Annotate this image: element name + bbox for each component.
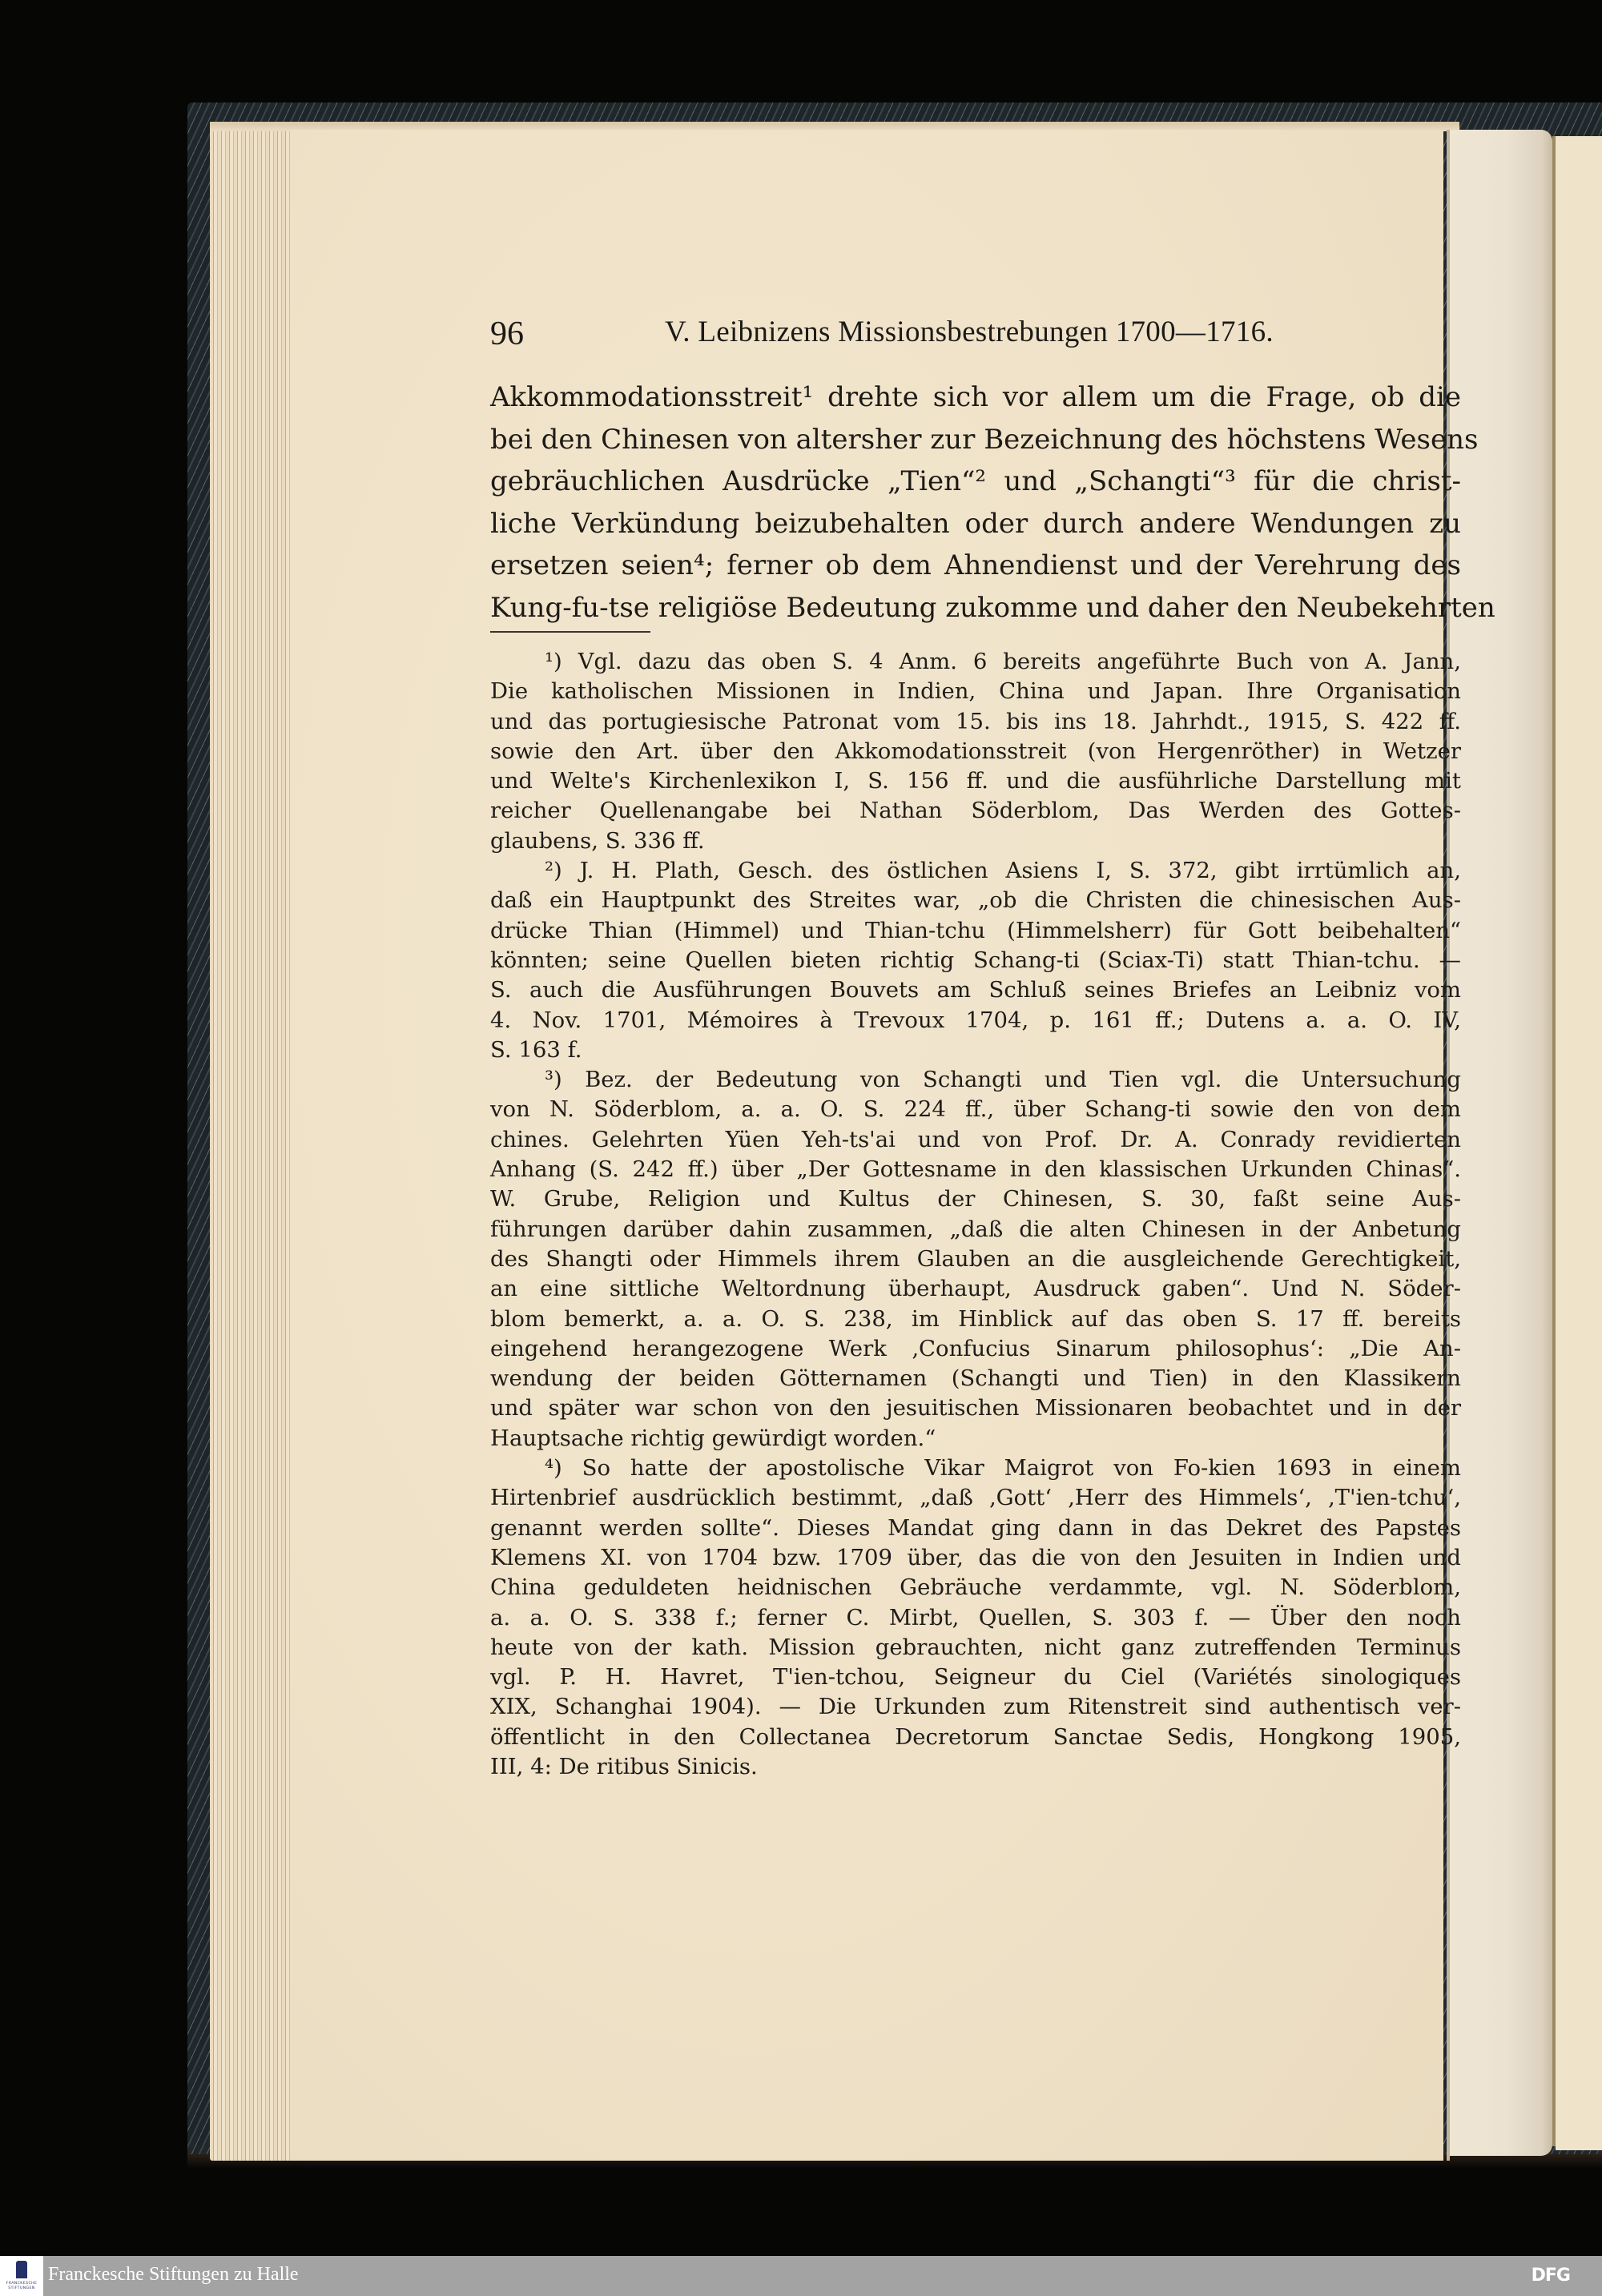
footnote-line: und später war schon von den jesuitische… [490,1393,1461,1423]
footnote-line: sowie den Art. über den Akkomodationsstr… [490,737,1461,766]
footnote-line: ³) Bez. der Bedeutung von Schangti und T… [490,1065,1461,1095]
footnote-4: ⁴) So hatte der apostolische Vikar Maigr… [490,1454,1461,1782]
footnotes: ¹) Vgl. dazu das oben S. 4 Anm. 6 bereit… [490,647,1461,1782]
footnote-line: eingehend herangezogene Werk ‚Confucius … [490,1334,1461,1364]
footnote-line: reicher Quellenangabe bei Nathan Söderbl… [490,796,1461,826]
footnote-line: Anhang (S. 242 ff.) über „Der Gottesname… [490,1155,1461,1184]
footnote-3: ³) Bez. der Bedeutung von Schangti und T… [490,1065,1461,1454]
footnote-line: heute von der kath. Mission gebrauchten,… [490,1633,1461,1663]
footnote-line: genannt werden sollte“. Dieses Mandat gi… [490,1514,1461,1543]
footnote-line: ²) J. H. Plath, Gesch. des östlichen Asi… [490,856,1461,886]
running-head: 96 V. Leibnizens Missionsbestrebungen 17… [490,315,1467,363]
footnote-line: an eine sittliche Weltordnung überhaupt,… [490,1274,1461,1304]
footnote-line: chines. Gelehrten Yüen Yeh-ts'ai und von… [490,1125,1461,1155]
footnote-line: und das portugiesische Patronat vom 15. … [490,707,1461,737]
body-line: Akkommodationsstreit¹ drehte sich vor al… [490,376,1461,419]
footnote-line: a. a. O. S. 338 f.; ferner C. Mirbt, Que… [490,1603,1461,1633]
footnote-line: ⁴) So hatte der apostolische Vikar Maigr… [490,1454,1461,1483]
footnote-line: von N. Söderblom, a. a. O. S. 224 ff., ü… [490,1095,1461,1124]
body-paragraph: Akkommodationsstreit¹ drehte sich vor al… [490,376,1461,629]
footnote-line: W. Grube, Religion und Kultus der Chines… [490,1184,1461,1214]
body-line: ersetzen seien⁴; ferner ob dem Ahnendien… [490,545,1461,587]
footnote-line: könnten; seine Quellen bieten richtig Sc… [490,946,1461,975]
body-line: bei den Chinesen von altersher zur Bezei… [490,419,1461,461]
viewer-footer-bar: FRANCKESCHE STIFTUNGEN Franckesche Stift… [0,2256,1602,2296]
footnote-2: ²) J. H. Plath, Gesch. des östlichen Asi… [490,856,1461,1065]
footnote-line: blom bemerkt, a. a. O. S. 238, im Hinbli… [490,1305,1461,1334]
francke-logo-icon [16,2261,27,2278]
footnote-separator [490,631,650,633]
footnote-line: China geduldeten heidnischen Gebräuche v… [490,1573,1461,1602]
footnote-line: Die katholischen Missionen in Indien, Ch… [490,677,1461,706]
footnote-line: öffentlicht in den Collectanea Decretoru… [490,1723,1461,1752]
page-number: 96 [490,315,524,353]
footnote-line: des Shangti oder Himmels ihrem Glauben a… [490,1245,1461,1274]
institution-logo[interactable]: FRANCKESCHE STIFTUNGEN [0,2256,43,2296]
footnote-line: III, 4: De ritibus Sinicis. [490,1752,1461,1782]
footnote-line: S. 163 f. [490,1035,1461,1065]
footnote-line: S. auch die Ausführungen Bouvets am Schl… [490,975,1461,1005]
footnote-line: Hauptsache richtig gewürdigt worden.“ [490,1424,1461,1454]
footnote-line: Klemens XI. von 1704 bzw. 1709 über, das… [490,1543,1461,1573]
chapter-title: V. Leibnizens Missionsbestrebungen 1700—… [665,315,1274,349]
body-line: Kung-fu-tse religiöse Bedeutung zukomme … [490,587,1461,629]
page-edge-stack [210,122,290,2161]
footnote-line: und Welte's Kirchenlexikon I, S. 156 ff.… [490,766,1461,796]
footnote-line: vgl. P. H. Havret, T'ien-tchou, Seigneur… [490,1663,1461,1692]
footnote-line: 4. Nov. 1701, Mémoires à Trevoux 1704, p… [490,1006,1461,1035]
footnote-line: wendung der beiden Götternamen (Schangti… [490,1364,1461,1393]
facing-page [1556,136,1602,2150]
footnote-line: glaubens, S. 336 ff. [490,826,1461,856]
footnote-1: ¹) Vgl. dazu das oben S. 4 Anm. 6 bereit… [490,647,1461,856]
footnote-line: führungen darüber dahin zusammen, „daß d… [490,1215,1461,1245]
body-line: gebräuchlichen Ausdrücke „Tien“² und „Sc… [490,460,1461,503]
body-line: liche Verkündung beizubehalten oder durc… [490,503,1461,545]
footnote-line: daß ein Hauptpunkt des Streites war, „ob… [490,886,1461,915]
footnote-line: XIX, Schanghai 1904). — Die Urkunden zum… [490,1692,1461,1722]
footnote-line: Hirtenbrief ausdrücklich bestimmt, „daß … [490,1483,1461,1513]
dfg-logo-icon[interactable]: DFG [1532,2266,1570,2286]
footnote-line: drücke Thian (Himmel) und Thian-tchu (Hi… [490,916,1461,946]
footnote-line: ¹) Vgl. dazu das oben S. 4 Anm. 6 bereit… [490,647,1461,677]
logo-caption: FRANCKESCHE STIFTUNGEN [2,2282,42,2291]
institution-name[interactable]: Franckesche Stiftungen zu Halle [48,2264,299,2286]
